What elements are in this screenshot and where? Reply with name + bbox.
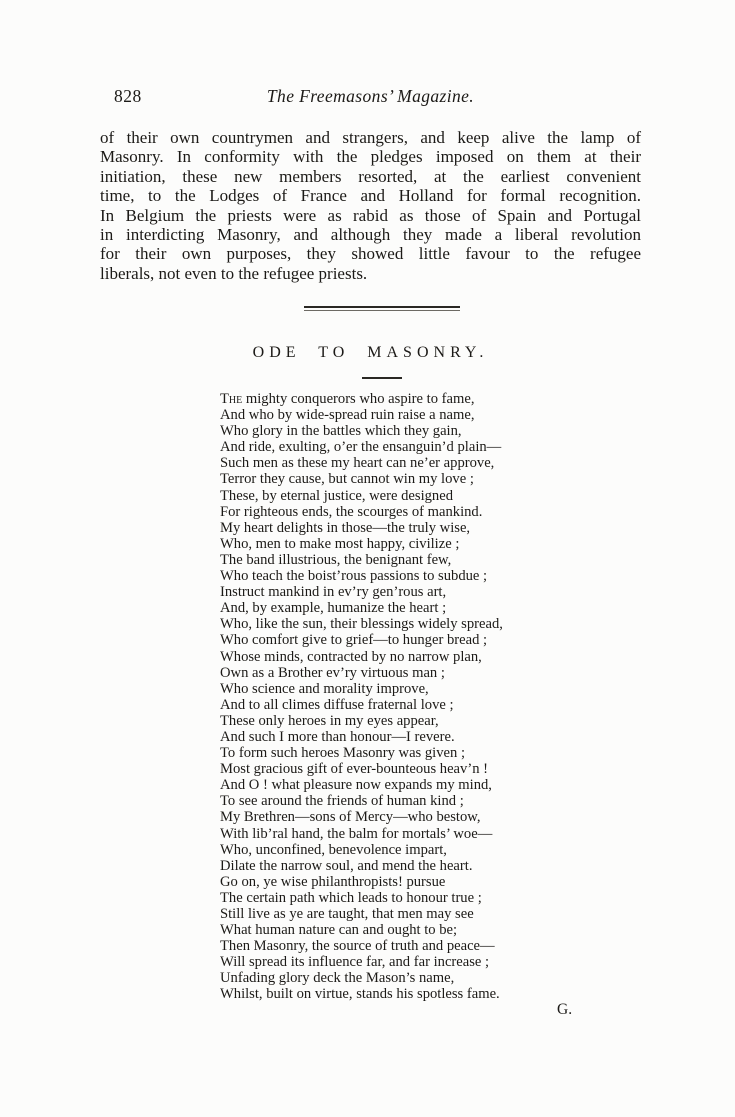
- poem-line: Such men as these my heart can ne’er app…: [220, 455, 590, 471]
- intro-paragraph: of their own countrymen and strangers, a…: [100, 128, 641, 283]
- poem-line: Unfading glory deck the Mason’s name,: [220, 970, 590, 986]
- paragraph-line: of their own countrymen and strangers, a…: [100, 128, 641, 147]
- poem-line: For righteous ends, the scourges of mank…: [220, 504, 590, 520]
- poem-line: And who by wide-spread ruin raise a name…: [220, 407, 590, 423]
- poem-line: And such I more than honour—I revere.: [220, 729, 590, 745]
- poem-line: To form such heroes Masonry was given ;: [220, 745, 590, 761]
- paragraph-line: time, to the Lodges of France and Hollan…: [100, 186, 641, 205]
- poem-line: And ride, exulting, o’er the ensanguin’d…: [220, 439, 590, 455]
- poem-line: Will spread its influence far, and far i…: [220, 954, 590, 970]
- paragraph-line: initiation, these new members resorted, …: [100, 167, 641, 186]
- paragraph-line: in interdicting Masonry, and although th…: [100, 225, 641, 244]
- poem-line: And O ! what pleasure now expands my min…: [220, 777, 590, 793]
- paragraph-line: liberals, not even to the refugee priest…: [100, 264, 641, 283]
- ode-title: ODE TO MASONRY.: [100, 344, 641, 362]
- poem-body: And who by wide-spread ruin raise a name…: [220, 407, 590, 1002]
- poem-line: Who, men to make most happy, civilize ;: [220, 536, 590, 552]
- poem-line: And, by example, humanize the heart ;: [220, 600, 590, 616]
- journal-title: The Freemasons’ Magazine.: [100, 86, 641, 107]
- poem-line: These, by eternal justice, were designed: [220, 488, 590, 504]
- poem-line: Own as a Brother ev’ry virtuous man ;: [220, 665, 590, 681]
- page-header: 828 The Freemasons’ Magazine.: [100, 86, 641, 108]
- poem-line: Then Masonry, the source of truth and pe…: [220, 938, 590, 954]
- poem-line: Whose minds, contracted by no narrow pla…: [220, 649, 590, 665]
- poem-line: Instruct mankind in ev’ry gen’rous art,: [220, 584, 590, 600]
- section-divider-rule: [304, 306, 460, 311]
- poem-line: Who, unconfined, benevolence impart,: [220, 842, 590, 858]
- poem-opening-word: The: [220, 391, 242, 407]
- poem-first-line: The mighty conquerors who aspire to fame…: [220, 391, 590, 407]
- ode-poem: The mighty conquerors who aspire to fame…: [220, 391, 590, 1003]
- poem-line: Who, like the sun, their blessings widel…: [220, 616, 590, 632]
- poem-line: And to all climes diffuse fraternal love…: [220, 697, 590, 713]
- ode-title-rule: [362, 377, 402, 379]
- paragraph-line: In Belgium the priests were as rabid as …: [100, 206, 641, 225]
- poem-line: Terror they cause, but cannot win my lov…: [220, 471, 590, 487]
- poem-first-line-rest: mighty conquerors who aspire to fame,: [242, 391, 474, 407]
- magazine-page: 828 The Freemasons’ Magazine. of their o…: [0, 0, 735, 1117]
- paragraph-line: for their own purposes, they showed litt…: [100, 244, 641, 263]
- poem-line: Most gracious gift of ever-bounteous hea…: [220, 761, 590, 777]
- poem-line: Go on, ye wise philanthropists! pursue: [220, 874, 590, 890]
- poem-line: Who teach the boist’rous passions to sub…: [220, 568, 590, 584]
- poem-line: Who science and morality improve,: [220, 681, 590, 697]
- poem-line: With lib’ral hand, the balm for mortals’…: [220, 826, 590, 842]
- divider-thick-rule: [304, 306, 460, 308]
- poem-line: To see around the friends of human kind …: [220, 793, 590, 809]
- poem-line: My heart delights in those—the truly wis…: [220, 520, 590, 536]
- poem-line: Whilst, built on virtue, stands his spot…: [220, 986, 590, 1002]
- poem-line: Who glory in the battles which they gain…: [220, 423, 590, 439]
- author-signature: G.: [557, 1001, 572, 1019]
- poem-line: The certain path which leads to honour t…: [220, 890, 590, 906]
- poem-line: Dilate the narrow soul, and mend the hea…: [220, 858, 590, 874]
- divider-thin-rule: [304, 310, 460, 311]
- poem-line: What human nature can and ought to be;: [220, 922, 590, 938]
- paragraph-line: Masonry. In conformity with the pledges …: [100, 147, 641, 166]
- poem-line: The band illustrious, the benignant few,: [220, 552, 590, 568]
- poem-line: These only heroes in my eyes appear,: [220, 713, 590, 729]
- poem-line: Still live as ye are taught, that men ma…: [220, 906, 590, 922]
- poem-line: My Brethren—sons of Mercy—who bestow,: [220, 809, 590, 825]
- poem-line: Who comfort give to grief—to hunger brea…: [220, 632, 590, 648]
